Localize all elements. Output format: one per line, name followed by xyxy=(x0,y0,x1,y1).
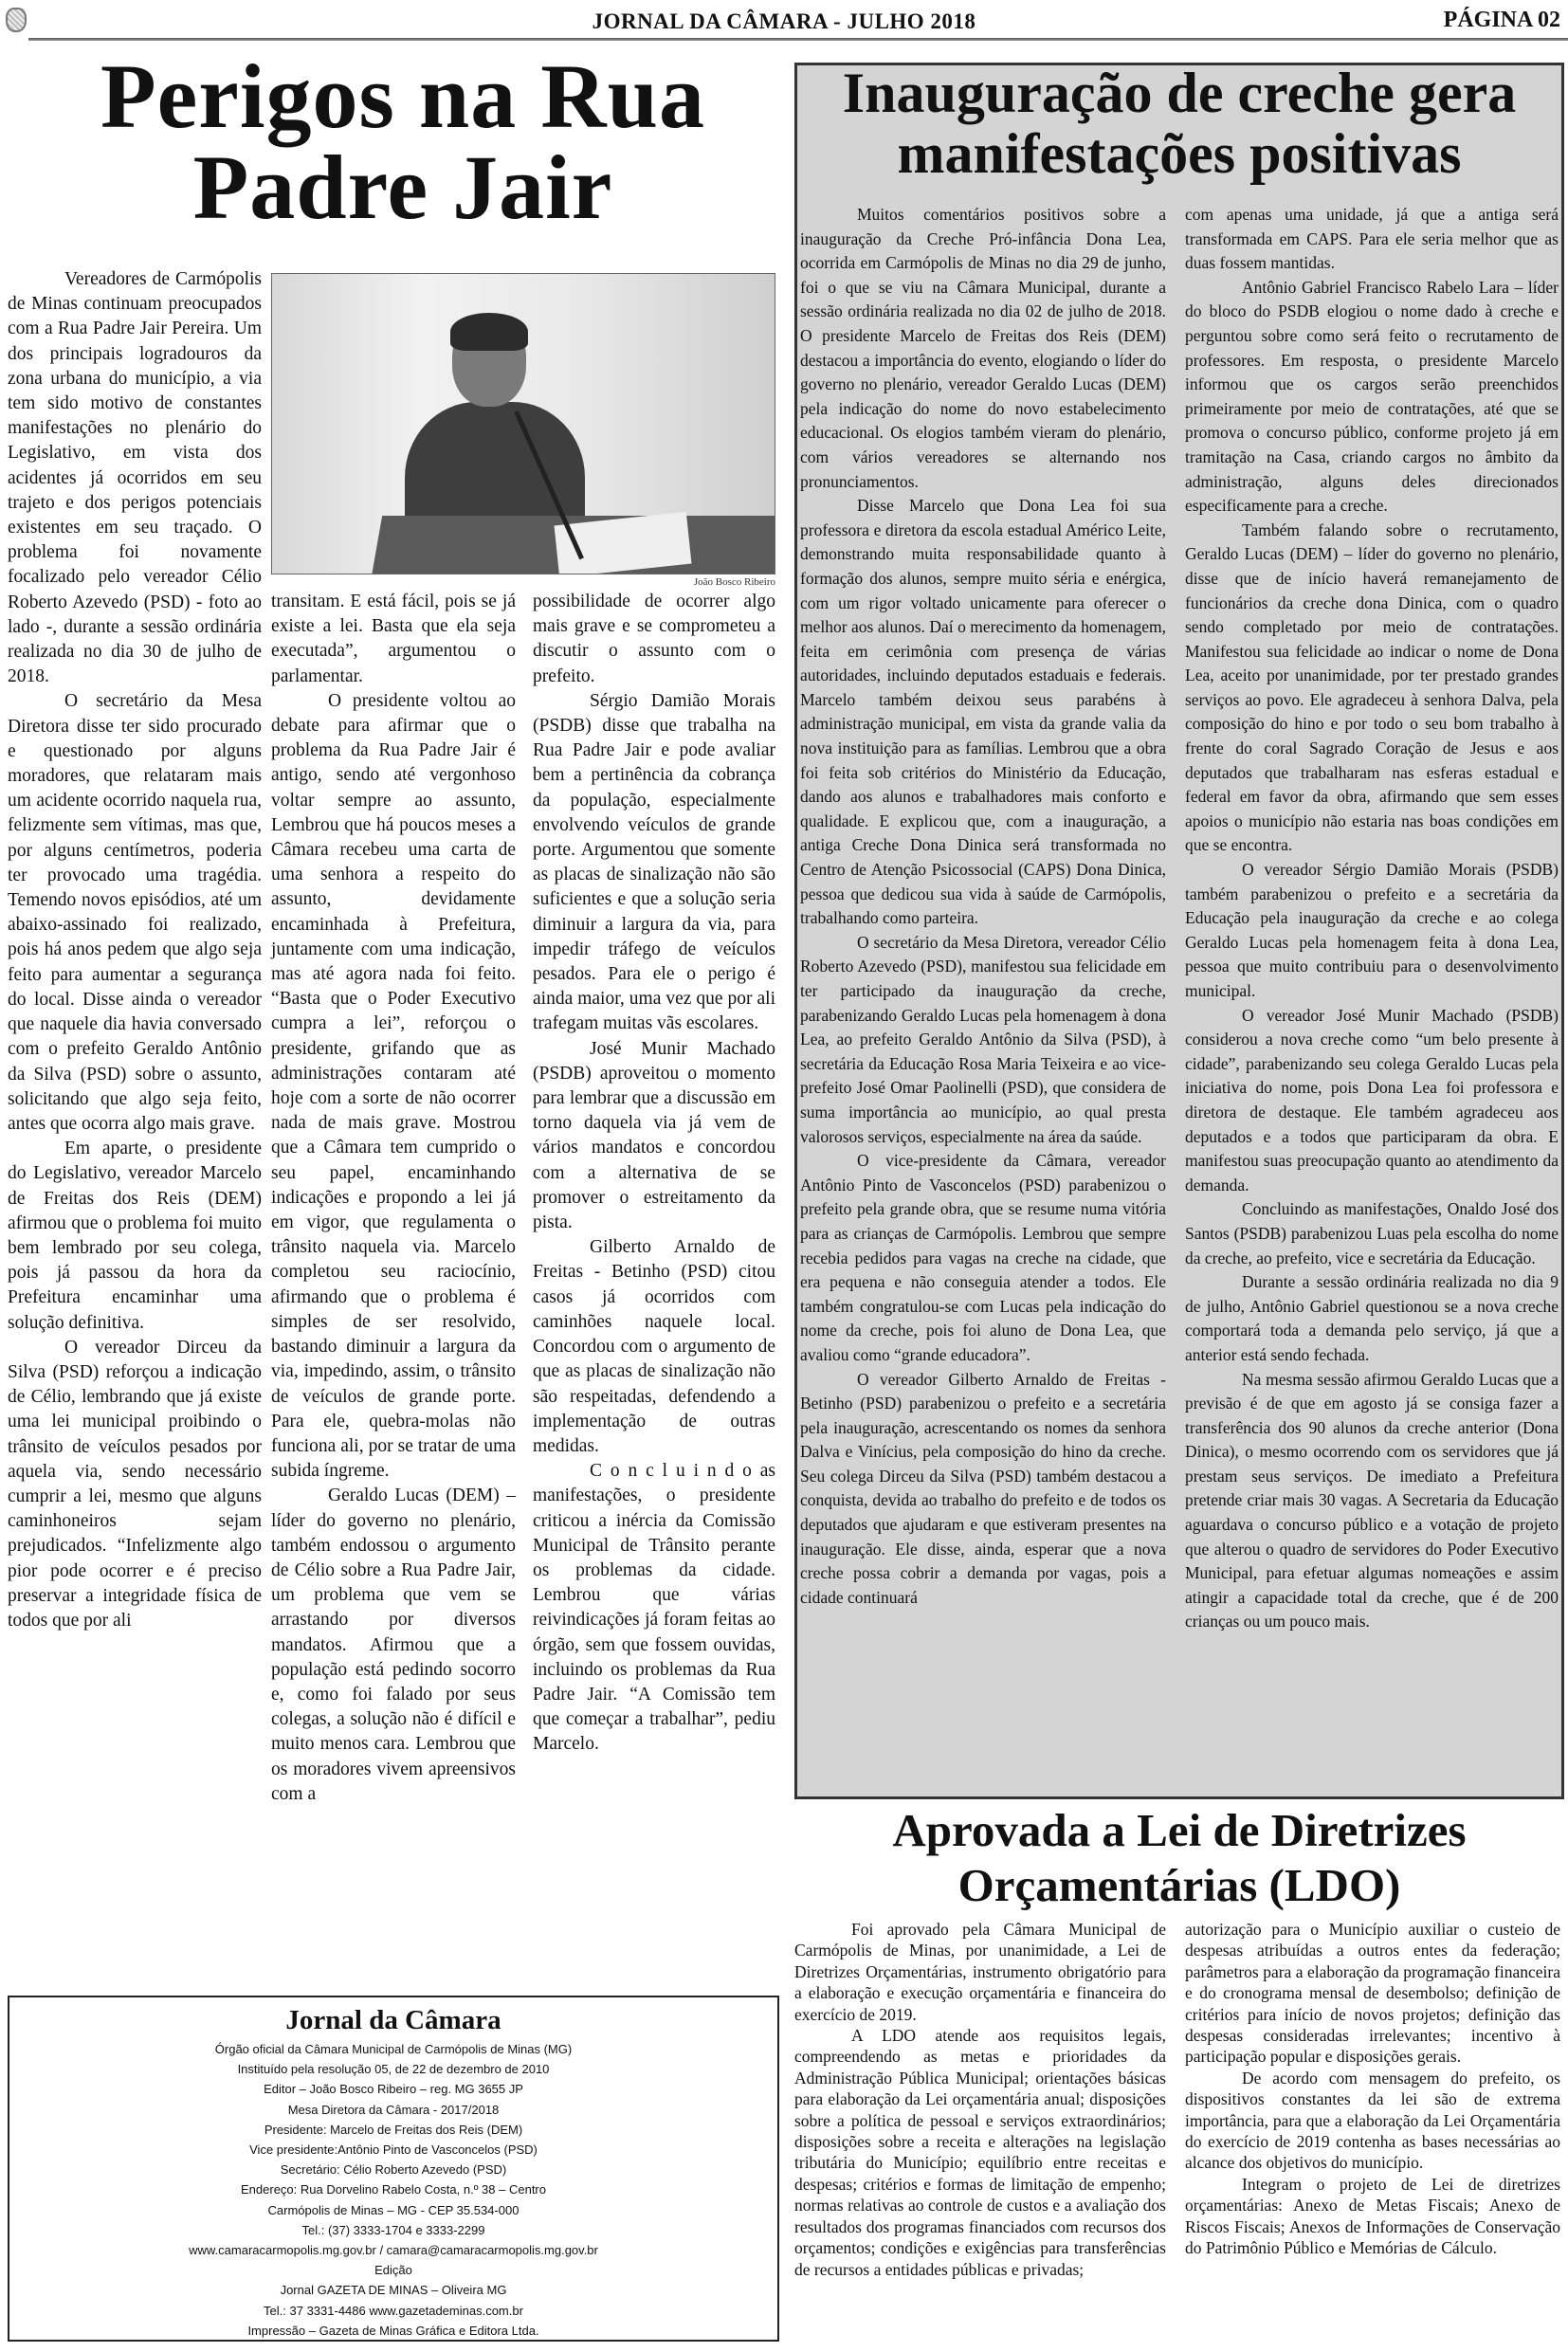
masthead-line: Editor – João Bosco Ribeiro – reg. MG 36… xyxy=(9,2079,777,2099)
paragraph: Também falando sobre o recrutamento, Ger… xyxy=(1185,519,1559,858)
masthead-line: Mesa Diretora da Câmara - 2017/2018 xyxy=(9,2100,777,2120)
masthead-line: Órgão oficial da Câmara Municipal de Car… xyxy=(9,2039,777,2059)
paragraph: Concluindo as manifestações, Onaldo José… xyxy=(1185,1197,1559,1270)
paragraph: Geraldo Lucas (DEM) – líder do governo n… xyxy=(271,1484,516,1807)
masthead-line: Tel.: 37 3331-4486 www.gazetademinas.com… xyxy=(9,2301,777,2321)
headline-ldo: Aprovada a Lei de Diretrizes Orçamentári… xyxy=(794,1803,1564,1913)
paragraph: De acordo com mensagem do prefeito, os d… xyxy=(1185,2068,1560,2174)
masthead-line: Presidente: Marcelo de Freitas dos Reis … xyxy=(9,2120,777,2140)
masthead-line: Vice presidente:Antônio Pinto de Vasconc… xyxy=(9,2140,777,2160)
masthead-line: Impressão – Gazeta de Minas Gráfica e Ed… xyxy=(9,2321,777,2341)
paragraph: com apenas uma unidade, já que a antiga … xyxy=(1185,203,1559,276)
paragraph: O secretário da Mesa Diretora disse ter … xyxy=(8,689,262,1137)
paragraph: Vereadores de Carmópolis de Minas contin… xyxy=(8,267,262,689)
paragraph: autorização para o Município auxiliar o … xyxy=(1185,1919,1560,2068)
page-header: JORNAL DA CÂMARA - JULHO 2018 PÁGINA 02 xyxy=(0,0,1568,42)
article-rua-column-3: possibilidade de ocorrer algo mais grave… xyxy=(533,590,775,1758)
paragraph: O vice-presidente da Câmara, vereador An… xyxy=(800,1149,1166,1367)
masthead-line: Tel.: (37) 3333-1704 e 3333-2299 xyxy=(9,2220,777,2240)
paragraph: Durante a sessão ordinária realizada no … xyxy=(1185,1270,1559,1367)
photo-vereador-celio xyxy=(271,273,775,574)
paragraph: O vereador José Munir Machado (PSDB) con… xyxy=(1185,1004,1559,1198)
paragraph: José Munir Machado (PSDB) aproveitou o m… xyxy=(533,1037,775,1236)
masthead-line: Edição xyxy=(9,2260,777,2280)
paragraph: Muitos comentários positivos sobre a ina… xyxy=(800,203,1166,494)
paragraph: O vereador Gilberto Arnaldo de Freitas -… xyxy=(800,1368,1166,1611)
headline-rua-padre-jair: Perigos na Rua Padre Jair xyxy=(28,51,777,233)
paragraph: Integram o projeto de Lei de diretrizes … xyxy=(1185,2174,1560,2259)
article-ldo-column-1: Foi aprovado pela Câmara Municipal de Ca… xyxy=(794,1919,1166,2280)
masthead-title: Jornal da Câmara xyxy=(9,2001,777,2039)
masthead-line: www.camaracarmopolis.mg.gov.br / camara@… xyxy=(9,2240,777,2260)
article-creche-column-1: Muitos comentários positivos sobre a ina… xyxy=(800,203,1166,1610)
masthead-line: Carmópolis de Minas – MG - CEP 35.534-00… xyxy=(9,2200,777,2220)
page-number: PÁGINA 02 xyxy=(1444,8,1560,33)
masthead-line: Endereço: Rua Dorvelino Rabelo Costa, n.… xyxy=(9,2179,777,2199)
article-ldo-column-2: autorização para o Município auxiliar o … xyxy=(1185,1919,1560,2259)
photo-credit: João Bosco Ribeiro xyxy=(569,576,775,588)
headline-creche: Inauguração de creche gera manifestações… xyxy=(794,63,1564,184)
paragraph: Em aparte, o presidente do Legislativo, … xyxy=(8,1137,262,1336)
paragraph: Gilberto Arnaldo de Freitas - Betinho (P… xyxy=(533,1235,775,1459)
paragraph: C o n c l u i n d o as manifestações, o … xyxy=(533,1459,775,1757)
paragraph: A LDO atende aos requisitos legais, comp… xyxy=(794,2025,1166,2280)
running-title: JORNAL DA CÂMARA - JULHO 2018 xyxy=(0,9,1568,34)
paragraph: Na mesma sessão afirmou Geraldo Lucas qu… xyxy=(1185,1368,1559,1635)
masthead-line: Instituído pela resolução 05, de 22 de d… xyxy=(9,2059,777,2079)
paragraph: Antônio Gabriel Francisco Rabelo Lara – … xyxy=(1185,276,1559,519)
paragraph: possibilidade de ocorrer algo mais grave… xyxy=(533,590,775,689)
masthead-line: Secretário: Célio Roberto Azevedo (PSD) xyxy=(9,2160,777,2179)
article-rua-column-2: transitam. E está fácil, pois se já exis… xyxy=(271,590,516,1807)
paragraph: Foi aprovado pela Câmara Municipal de Ca… xyxy=(794,1919,1166,2025)
paragraph: O presidente voltou ao debate para afirm… xyxy=(271,689,516,1485)
article-creche-column-2: com apenas uma unidade, já que a antiga … xyxy=(1185,203,1559,1634)
paragraph: Disse Marcelo que Dona Lea foi sua profe… xyxy=(800,494,1166,931)
masthead-line: Jornal GAZETA DE MINAS – Oliveira MG xyxy=(9,2280,777,2300)
paragraph: O vereador Dirceu da Silva (PSD) reforço… xyxy=(8,1336,262,1633)
masthead-expediente: Jornal da Câmara Órgão oficial da Câmara… xyxy=(8,1996,779,2342)
article-rua-column-1: Vereadores de Carmópolis de Minas contin… xyxy=(8,267,262,1633)
paragraph: transitam. E está fácil, pois se já exis… xyxy=(271,590,516,689)
paragraph: Sérgio Damião Morais (PSDB) disse que tr… xyxy=(533,689,775,1037)
paragraph: O secretário da Mesa Diretora, vereador … xyxy=(800,931,1166,1149)
paragraph: O vereador Sérgio Damião Morais (PSDB) t… xyxy=(1185,858,1559,1004)
header-divider xyxy=(28,38,1568,41)
